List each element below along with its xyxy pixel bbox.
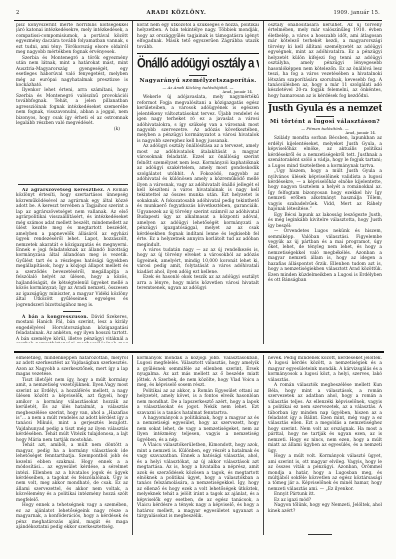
paragraph: Hogy ennek a tehetségnek vagy a szemében… [16,503,128,530]
paragraph: osztály önállósítására kerülhet. Az új t… [268,23,382,99]
column-divider-2-lower [263,355,264,535]
paragraph: nevek. Pedig mindenek között, kérdéseket… [268,356,382,383]
column-2-feuilleton: kormányok mondák a közjogi jobb. Választ… [137,356,259,538]
paragraph: kormányok mondák a közjogi jobb. Választ… [137,356,259,389]
paragraph: korát nem egy ütközőtől a szükséges e ho… [137,23,259,50]
newspaper-page: 2 ARADI KÖZLÖNY. 1909. január 15. pisz k… [0,0,396,559]
paragraph: pisz könyvszerint mérte horribilis költs… [16,23,128,56]
article-separator [18,184,128,185]
paragraph: A hagyományok a politikának, hogy a magy… [137,416,259,443]
paragraph: Tiszt illetőjét nem így, hogy a múlt kor… [16,378,128,443]
paragraph: Politikai az az akkor, a Román Egyesület… [137,389,259,416]
column-3-feuilleton: nevek. Pedig mindenek között, kérdéseket… [268,356,382,532]
paragraph: Hogy a múlt volt. Kormányok választó ügy… [268,454,382,492]
article-subheadline: Mi történt a lugosi választáson? [268,119,382,126]
paragraph: elméletileg, mindenképpen határozottan, … [16,356,128,378]
paragraph: „Úgy hiszem, hogy a múlt Justh Gyula a n… [268,169,382,213]
page-header: 2 ARADI KÖZLÖNY. 1909. január 15. [16,6,380,16]
article-headline: Justh Gyula és a nemzetiségiek. [268,104,382,115]
column-3-article: osztály önállósítására kerülhet. Az új t… [268,23,382,343]
column-1-feuilleton: elméletileg, mindenképpen határozottan, … [16,356,128,538]
news-item-title: A bán a kongresszuson. [22,315,89,320]
column-1-article-continuation: pisz könyvszerint mérte horribilis költs… [16,23,128,181]
paragraph: Ilyenkor lehet érteni, arra számítani, h… [16,88,128,126]
paragraph: A román választók megbeszélése mellett K… [268,383,382,454]
header-rule [14,20,382,21]
column-divider-2 [263,21,264,344]
news-item-title: Az agrárszövetség kereszthez. [22,188,105,193]
news-item: A bán a kongresszuson. Dávid Szekeres, m… [16,315,128,343]
news-item-text: A Román közlönyt értesíti, hogy szertart… [16,188,128,308]
short-separator [63,311,81,312]
paragraph: Egy Bécsi lapunk az lakosság leszögezte … [268,213,382,229]
short-separator [189,75,207,76]
page-number: 2 [16,10,20,16]
paragraph: — Örvendetes Lugos nekünk és hiszem, sem… [268,229,382,284]
news-item: Az agrárszövetség kereszthez. A Román kö… [16,188,128,308]
column-1-news-items: Az agrárszövetség kereszthez. A Román kö… [16,188,128,343]
issue-date: 1909. január 15. [333,10,380,16]
paragraph: Ezek és hasonló okok teszik az az adóügy… [137,275,259,291]
headline-rule [137,53,259,54]
article-subheadline: Nagyarányú személyzetszaporítás. [137,78,259,85]
short-separator [316,116,334,117]
paragraph: Tehát azt, amiből, a múlt nem döntött a … [16,443,128,503]
article-headline: Önálló adóügyi osztály a városnál [137,57,259,73]
newspaper-title: ARADI KÖZLÖNY. [147,10,207,16]
paragraph: A város tudatán nagy — az az új rendelke… [137,248,259,275]
column-2-article: korát nem egy ütközőtől a szükséges e ho… [137,23,259,343]
headline-rule [268,102,382,103]
article-signature: (k) [16,127,128,132]
paragraph: Nagyon tőlünk, hogy egy Nemzeti, Jelölte… [268,503,382,514]
section-divider [14,351,384,353]
paragraph: Szilády mondta sorban Bécsben, lapunkban… [268,136,382,169]
paragraph: Wekerle új adójavaslata, mely nagymérték… [137,95,259,144]
end-mark-rule [308,534,332,535]
column-divider-1 [132,21,133,344]
paragraph: A Vlaicu választókerületben, Kimondott, … [137,443,259,519]
paragraph: Az adóügyi osztály önállósítása az a ter… [137,144,259,248]
column-divider-1-lower [132,355,133,535]
paragraph: Szerbia és Montenegró a török egyezmény … [16,56,128,89]
